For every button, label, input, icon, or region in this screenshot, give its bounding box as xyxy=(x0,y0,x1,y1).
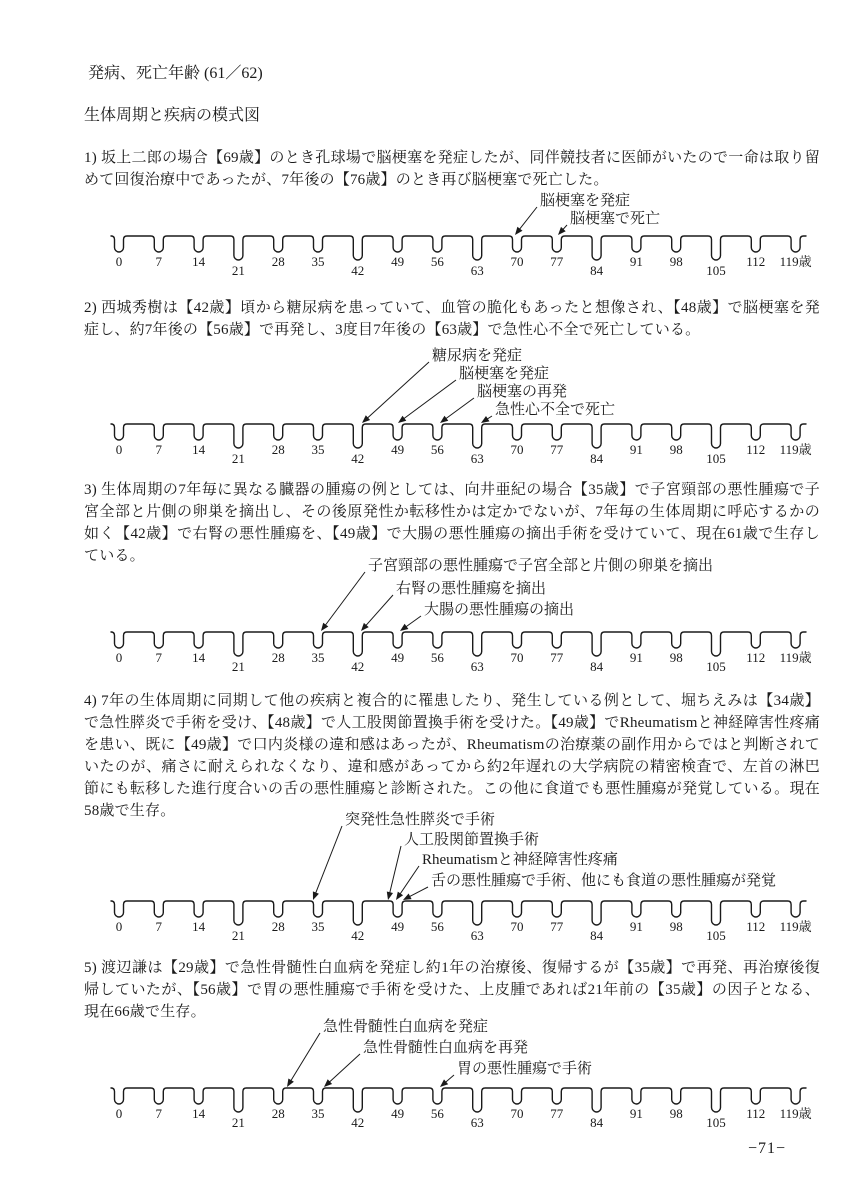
axis-tick-label: 91 xyxy=(630,919,643,934)
timeline-axis xyxy=(111,236,806,260)
annotation-label: 人工股関節置換手術 xyxy=(404,831,539,848)
annotation-label: 突発性急性膵炎で手術 xyxy=(345,810,495,828)
annotation-label: 急性心不全で死亡 xyxy=(495,401,615,418)
paragraph-1: 1) 坂上二郎の場合【69歳】のとき孔球場で脳梗塞を発症したが、同伴競技者に医師… xyxy=(84,147,820,191)
axis-tick-label: 98 xyxy=(670,442,683,457)
annotation-arrow-line xyxy=(290,1033,320,1083)
axis-tick-label: 77 xyxy=(550,919,564,934)
annotation-arrow-line xyxy=(324,572,365,627)
annotation-arrow-line xyxy=(389,846,401,895)
axis-tick-label: 35 xyxy=(312,1106,325,1121)
annotation-arrowhead-icon xyxy=(515,227,523,235)
axis-tick-label: 91 xyxy=(630,1106,643,1121)
page-number: −71− xyxy=(748,1140,786,1158)
axis-tick-label: 112 xyxy=(746,442,765,457)
timeline-axis xyxy=(111,1088,806,1112)
axis-tick-label: 21 xyxy=(232,659,245,674)
axis-tick-label: 70 xyxy=(511,1106,524,1121)
annotation-arrowhead-icon xyxy=(321,623,328,631)
axis-tick-label: 63 xyxy=(471,928,484,943)
axis-tick-label: 14 xyxy=(192,1106,206,1121)
axis-tick-label: 77 xyxy=(550,650,564,665)
axis-tick-label: 21 xyxy=(232,1115,245,1130)
axis-tick-label: 119歳 xyxy=(780,650,812,665)
axis-tick-label: 98 xyxy=(670,254,683,269)
annotation-arrow-line xyxy=(328,1054,360,1084)
axis-tick-label: 63 xyxy=(471,263,484,278)
axis-tick-label: 21 xyxy=(232,451,245,466)
annotation-arrowhead-icon xyxy=(313,891,319,900)
annotation-label: 糖尿病を発症 xyxy=(432,346,522,364)
annotation-label: 脳梗塞を発症 xyxy=(459,365,549,382)
annotation-arrow-line xyxy=(404,616,421,628)
annotation-arrowhead-icon xyxy=(481,416,490,423)
axis-tick-label: 14 xyxy=(192,442,206,457)
axis-tick-label: 42 xyxy=(351,451,364,466)
axis-tick-label: 105 xyxy=(706,451,726,466)
axis-tick-label: 70 xyxy=(511,442,524,457)
axis-tick-label: 42 xyxy=(351,928,364,943)
axis-tick-label: 112 xyxy=(746,650,765,665)
axis-tick-label: 49 xyxy=(391,442,404,457)
axis-tick-label: 70 xyxy=(511,650,524,665)
axis-tick-label: 56 xyxy=(431,442,445,457)
annotation-arrow-line xyxy=(402,380,456,420)
axis-tick-label: 49 xyxy=(391,254,404,269)
axis-tick-label: 70 xyxy=(511,254,524,269)
axis-tick-label: 119歳 xyxy=(780,919,812,934)
axis-tick-label: 56 xyxy=(431,650,445,665)
axis-tick-label: 112 xyxy=(746,919,765,934)
axis-tick-label: 21 xyxy=(232,928,245,943)
axis-tick-label: 105 xyxy=(706,1115,726,1130)
axis-tick-label: 56 xyxy=(431,254,445,269)
axis-tick-label: 98 xyxy=(670,1106,683,1121)
annotation-label: Rheumatismと神経障害性疼痛 xyxy=(422,851,618,868)
annotation-arrowhead-icon xyxy=(403,894,412,901)
axis-tick-label: 105 xyxy=(706,928,726,943)
axis-tick-label: 98 xyxy=(670,919,683,934)
axis-tick-label: 112 xyxy=(746,254,765,269)
axis-tick-label: 56 xyxy=(431,1106,445,1121)
page-subtitle: 生体周期と疾病の模式図 xyxy=(84,102,260,125)
annotation-arrowhead-icon xyxy=(387,892,393,901)
axis-tick-label: 14 xyxy=(192,254,206,269)
axis-tick-label: 42 xyxy=(351,659,364,674)
axis-tick-label: 21 xyxy=(232,263,245,278)
axis-tick-label: 77 xyxy=(550,1106,564,1121)
axis-tick-label: 35 xyxy=(312,442,325,457)
annotation-arrow-line xyxy=(518,207,537,231)
page-title: 発病、死亡年齢 (61／62) xyxy=(88,60,263,83)
timeline-5-watanabe: 0714212835424956637077849198105112119歳急性… xyxy=(0,1013,848,1143)
paragraph-4: 4) 7年の生体周期に同期して他の疾病と複合的に罹患したり、発生している例として… xyxy=(84,690,820,822)
axis-tick-label: 91 xyxy=(630,254,643,269)
axis-tick-label: 77 xyxy=(550,254,564,269)
axis-tick-label: 0 xyxy=(116,254,123,269)
annotation-arrowhead-icon xyxy=(440,416,448,423)
axis-tick-label: 119歳 xyxy=(780,1106,812,1121)
document-page: 発病、死亡年齢 (61／62) 生体周期と疾病の模式図 1) 坂上二郎の場合【6… xyxy=(0,0,848,1200)
axis-tick-label: 84 xyxy=(590,928,604,943)
axis-tick-label: 98 xyxy=(670,650,683,665)
axis-tick-label: 28 xyxy=(272,442,285,457)
axis-tick-label: 35 xyxy=(312,919,325,934)
timeline-axis xyxy=(111,424,806,448)
annotation-arrow-line xyxy=(444,398,474,420)
axis-tick-label: 7 xyxy=(156,442,163,457)
annotation-arrowhead-icon xyxy=(396,892,403,900)
axis-tick-label: 14 xyxy=(192,650,206,665)
axis-tick-label: 35 xyxy=(312,650,325,665)
axis-tick-label: 105 xyxy=(706,263,726,278)
annotation-arrow-line xyxy=(407,887,428,898)
axis-tick-label: 7 xyxy=(156,650,163,665)
timeline-axis xyxy=(111,901,806,925)
annotation-arrow-line xyxy=(366,362,429,420)
axis-tick-label: 84 xyxy=(590,1115,604,1130)
axis-tick-label: 7 xyxy=(156,254,163,269)
annotation-arrowhead-icon xyxy=(400,624,408,631)
axis-tick-label: 63 xyxy=(471,451,484,466)
axis-tick-label: 28 xyxy=(272,650,285,665)
timeline-1-sakagami: 0714212835424956637077849198105112119歳脳梗… xyxy=(0,186,848,288)
axis-tick-label: 0 xyxy=(116,919,123,934)
paragraph-2: 2) 西城秀樹は【42歳】頃から糖尿病を患っていて、血管の脆化もあったと想像され… xyxy=(84,297,820,341)
axis-tick-label: 63 xyxy=(471,659,484,674)
timeline-4-hori: 0714212835424956637077849198105112119歳突発… xyxy=(0,806,848,950)
axis-tick-label: 0 xyxy=(116,442,123,457)
annotation-label: 急性骨髄性白血病を発症 xyxy=(323,1018,488,1035)
axis-tick-label: 119歳 xyxy=(780,442,812,457)
annotation-label: 脳梗塞を発症 xyxy=(540,192,630,209)
axis-tick-label: 77 xyxy=(550,442,564,457)
axis-tick-label: 63 xyxy=(471,1115,484,1130)
axis-tick-label: 35 xyxy=(312,254,325,269)
annotation-arrow-line xyxy=(364,595,393,627)
axis-tick-label: 7 xyxy=(156,919,163,934)
timeline-axis xyxy=(111,632,806,656)
axis-tick-label: 42 xyxy=(351,1115,364,1130)
axis-tick-label: 28 xyxy=(272,1106,285,1121)
axis-tick-label: 84 xyxy=(590,659,604,674)
axis-tick-label: 84 xyxy=(590,451,604,466)
axis-tick-label: 49 xyxy=(391,650,404,665)
axis-tick-label: 49 xyxy=(391,919,404,934)
axis-tick-label: 119歳 xyxy=(780,254,812,269)
annotation-label: 大腸の悪性腫瘍の摘出 xyxy=(424,601,574,618)
axis-tick-label: 49 xyxy=(391,1106,404,1121)
axis-tick-label: 56 xyxy=(431,919,445,934)
axis-tick-label: 105 xyxy=(706,659,726,674)
timeline-3-mukai: 0714212835424956637077849198105112119歳子宮… xyxy=(0,551,848,682)
annotation-label: 右腎の悪性腫瘍を摘出 xyxy=(396,580,546,597)
axis-tick-label: 84 xyxy=(590,263,604,278)
axis-tick-label: 112 xyxy=(746,1106,765,1121)
axis-tick-label: 14 xyxy=(192,919,206,934)
axis-tick-label: 0 xyxy=(116,1106,123,1121)
axis-tick-label: 28 xyxy=(272,919,285,934)
timeline-2-saijo: 0714212835424956637077849198105112119歳糖尿… xyxy=(0,341,848,475)
annotation-arrow-line xyxy=(315,826,342,895)
axis-tick-label: 42 xyxy=(351,263,364,278)
annotation-label: 脳梗塞で死亡 xyxy=(570,210,660,227)
axis-tick-label: 91 xyxy=(630,650,643,665)
annotation-arrow-line xyxy=(399,866,419,896)
axis-tick-label: 7 xyxy=(156,1106,163,1121)
annotation-label: 胃の悪性腫瘍で手術 xyxy=(457,1060,592,1077)
axis-tick-label: 70 xyxy=(511,919,524,934)
axis-tick-label: 28 xyxy=(272,254,285,269)
annotation-arrowhead-icon xyxy=(398,416,406,423)
annotation-arrowhead-icon xyxy=(287,1079,294,1088)
annotation-label: 子宮頸部の悪性腫瘍で子宮全部と片側の卵巣を摘出 xyxy=(368,556,713,574)
annotation-label: 舌の悪性腫瘍で手術、他にも食道の悪性腫瘍が発覚 xyxy=(431,871,776,889)
axis-tick-label: 91 xyxy=(630,442,643,457)
axis-tick-label: 0 xyxy=(116,650,123,665)
annotation-label: 急性骨髄性白血病を再発 xyxy=(363,1039,528,1056)
annotation-label: 脳梗塞の再発 xyxy=(477,383,567,400)
